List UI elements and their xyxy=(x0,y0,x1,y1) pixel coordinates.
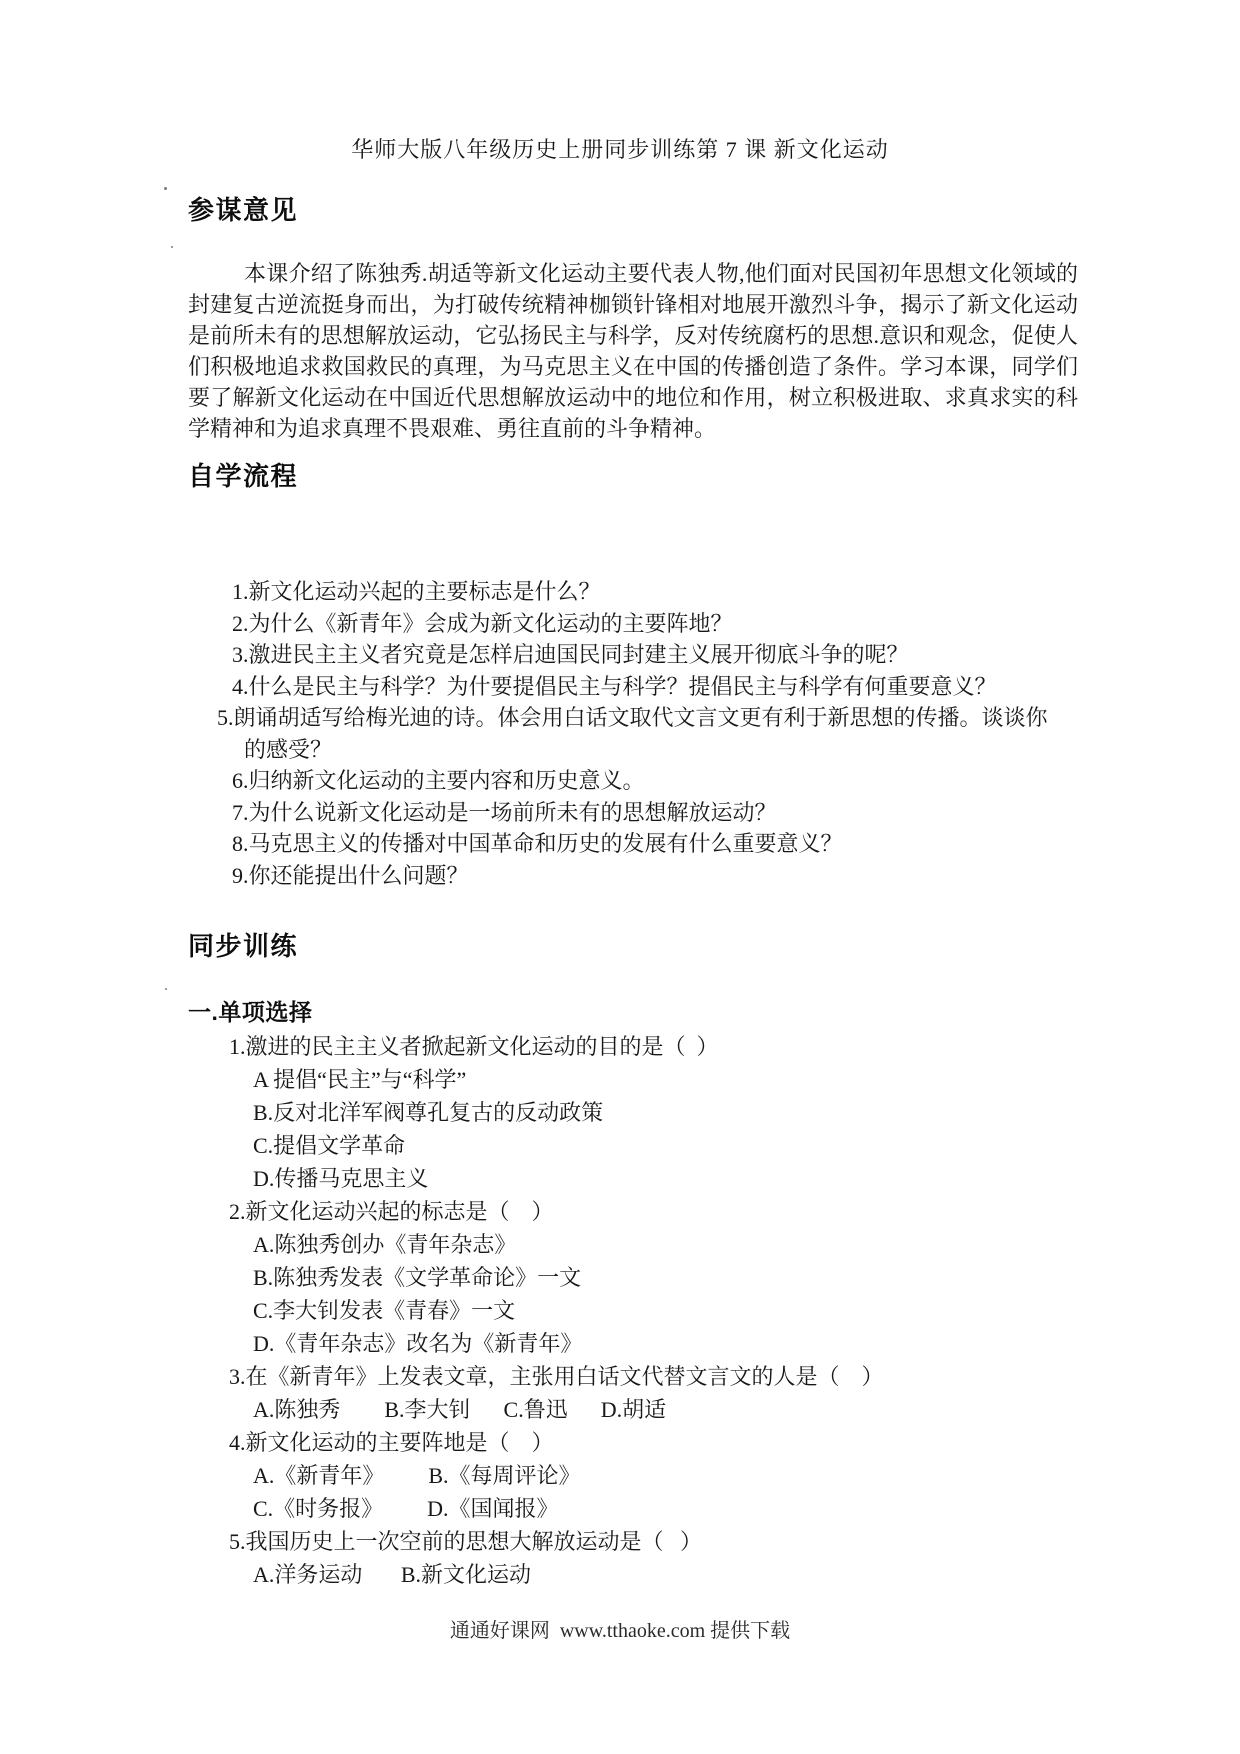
list-item: 4.什么是民主与科学？为什要提倡民主与科学？提倡民主与科学有何重要意义？ xyxy=(188,671,1078,703)
question-stem: 3.在《新青年》上发表文章，主张用白话文代替文言文的人是（ ） xyxy=(188,1360,1078,1393)
list-item: 6.归纳新文化运动的主要内容和历史意义。 xyxy=(188,765,1078,797)
question-option: A.洋务运动 B.新文化运动 xyxy=(188,1558,1078,1591)
list-item: 8.马克思主义的传播对中国革命和历史的发展有什么重要意义？ xyxy=(188,828,1078,860)
question-option: A.陈独秀创办《青年杂志》 xyxy=(188,1228,1078,1261)
list-item: 1.新文化运动兴起的主要标志是什么？ xyxy=(188,576,1078,608)
question-option: A.陈独秀 B.李大钊 C.鲁迅 D.胡适 xyxy=(188,1393,1078,1426)
list-item: 7.为什么说新文化运动是一场前所未有的思想解放运动？ xyxy=(188,797,1078,829)
question-option: C.李大钊发表《青春》一文 xyxy=(188,1294,1078,1327)
question-option: C.提倡文学革命 xyxy=(188,1129,1078,1162)
question-option: A 提倡“民主”与“科学” xyxy=(188,1063,1078,1096)
list-item: 2.为什么《新青年》会成为新文化运动的主要阵地？ xyxy=(188,608,1078,640)
scan-artifact-dot xyxy=(164,187,167,190)
scan-artifact-dot xyxy=(165,988,167,990)
page-footer: 通通好课网 www.tthaoke.com 提供下载 xyxy=(0,1616,1240,1647)
list-item: 3.激进民主主义者究竟是怎样启迪国民同封建主义展开彻底斗争的呢？ xyxy=(188,639,1078,671)
question-stem: 1.激进的民主主义者掀起新文化运动的目的是（ ） xyxy=(188,1030,1078,1063)
question-option: B.反对北洋军阀尊孔复古的反动政策 xyxy=(188,1096,1078,1129)
question-option: D.传播马克思主义 xyxy=(188,1162,1078,1195)
list-item: 5.朗诵胡适写给梅光迪的诗。体会用白话文取代文言文更有利于新思想的传播。谈谈你的… xyxy=(188,702,1058,765)
scan-artifact-dot xyxy=(171,246,173,248)
question-option: D.《青年杂志》改名为《新青年》 xyxy=(188,1327,1078,1360)
question-stem: 2.新文化运动兴起的标志是（ ） xyxy=(188,1195,1078,1228)
page-title: 华师大版八年级历史上册同步训练第 7 课 新文化运动 xyxy=(0,134,1240,165)
subsection-heading-single-choice: 一.单项选择 xyxy=(188,996,1078,1028)
question-option: C.《时务报》 D.《国闻报》 xyxy=(188,1492,1078,1525)
selfstudy-list: 1.新文化运动兴起的主要标志是什么？ 2.为什么《新青年》会成为新文化运动的主要… xyxy=(188,576,1078,891)
question-option: B.陈独秀发表《文学革命论》一文 xyxy=(188,1261,1078,1294)
document-page: 华师大版八年级历史上册同步训练第 7 课 新文化运动 参谋意见 本课介绍了陈独秀… xyxy=(0,0,1240,1754)
question-list: 1.激进的民主主义者掀起新文化运动的目的是（ ） A 提倡“民主”与“科学” B… xyxy=(188,1030,1078,1591)
question-stem: 5.我国历史上一次空前的思想大解放运动是（ ） xyxy=(188,1525,1078,1558)
section-heading-training: 同步训练 xyxy=(188,928,1078,964)
question-stem: 4.新文化运动的主要阵地是（ ） xyxy=(188,1426,1078,1459)
section-heading-advice: 参谋意见 xyxy=(188,192,1078,228)
section-heading-selfstudy: 自学流程 xyxy=(188,458,1078,494)
question-option: A.《新青年》 B.《每周评论》 xyxy=(188,1459,1078,1492)
list-item: 9.你还能提出什么问题？ xyxy=(188,860,1078,892)
advice-paragraph: 本课介绍了陈独秀.胡适等新文化运动主要代表人物,他们面对民国初年思想文化领域的封… xyxy=(188,258,1078,444)
